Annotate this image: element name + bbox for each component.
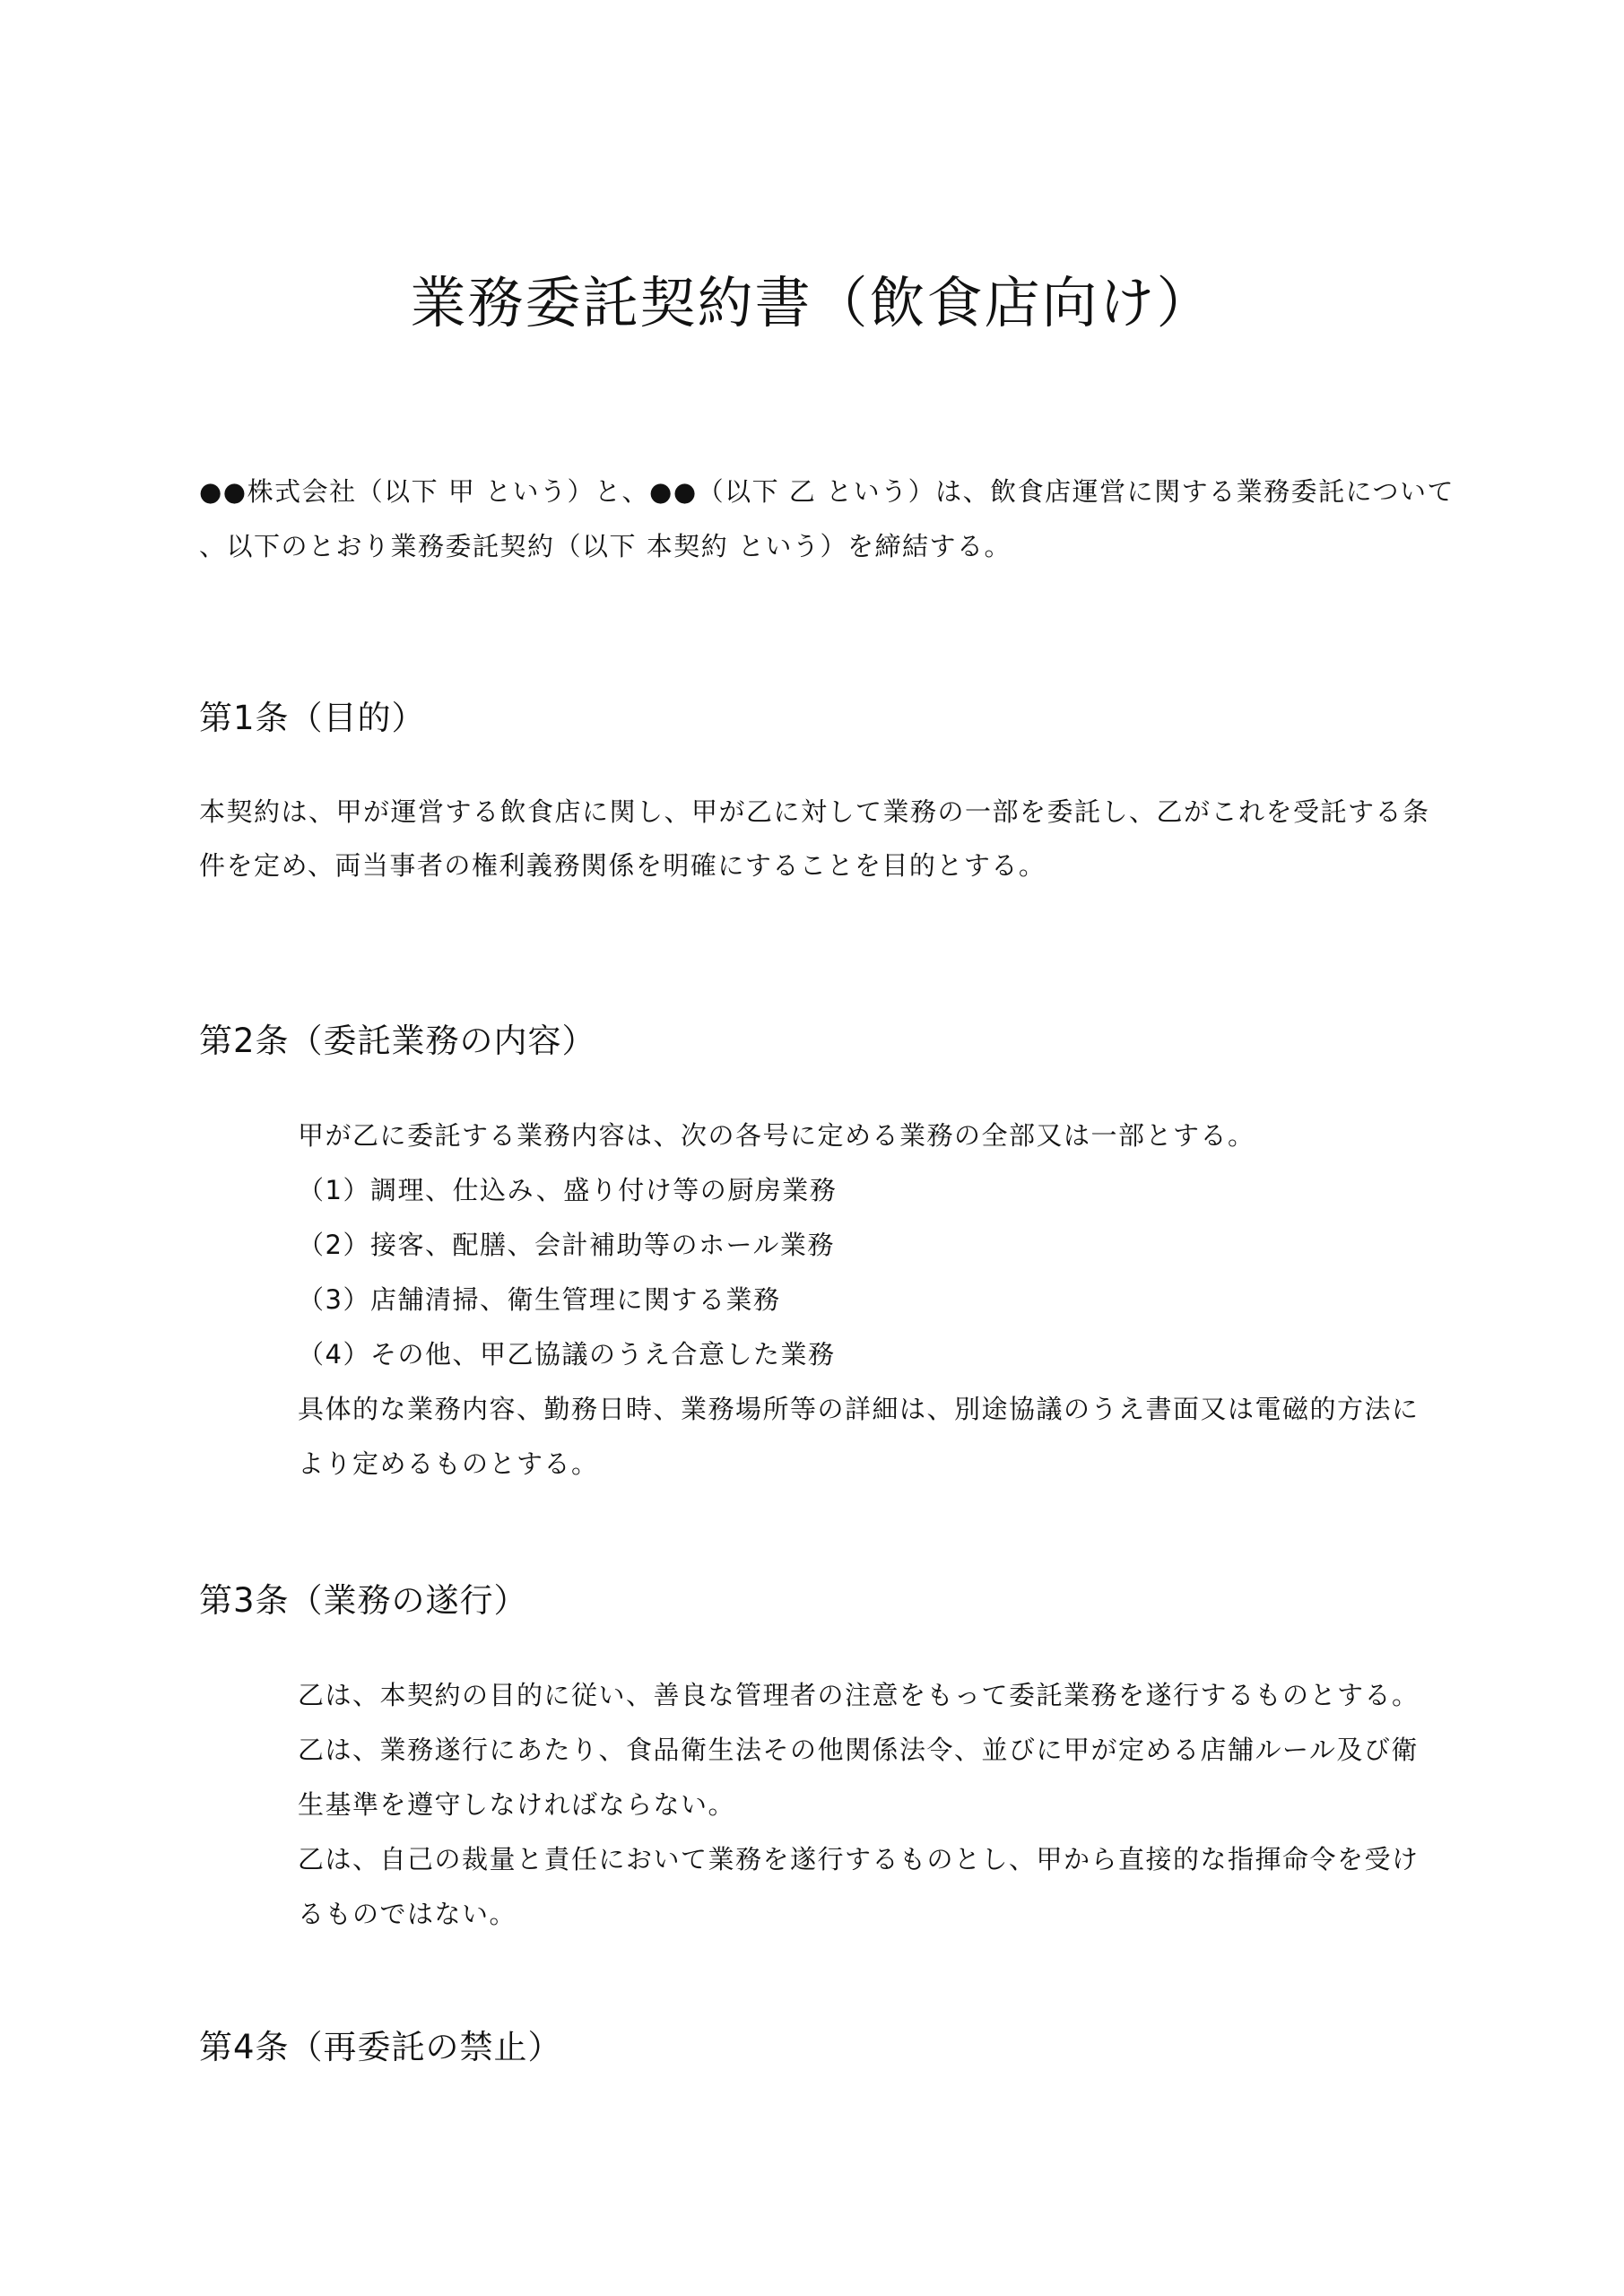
article-1-line-1: 本契約は、甲が運営する飲食店に関し、甲が乙に対して業務の一部を委託し、乙がこれを… <box>199 794 1430 830</box>
preamble-line-1: ●●株式会社（以下 甲 という）と、●●（以下 乙 という）は、飲食店運営に関す… <box>199 474 1455 509</box>
article-3-heading: 第3条（業務の遂行） <box>199 1578 528 1623</box>
article-2-line-3: より定めるものとする。 <box>298 1446 599 1482</box>
article-3-line-3: 生基準を遵守しなければならない。 <box>298 1787 735 1822</box>
article-3-line-5: るものではない。 <box>298 1896 517 1932</box>
article-2-item-4: （4）その他、甲乙協議のうえ合意した業務 <box>298 1336 835 1372</box>
article-2-item-2: （2）接客、配膳、会計補助等のホール業務 <box>298 1227 835 1263</box>
document-page: 業務委託契約書（飲食店向け） ●●株式会社（以下 甲 という）と、●●（以下 乙… <box>0 0 1624 2296</box>
article-2-item-1: （1）調理、仕込み、盛り付け等の厨房業務 <box>298 1172 837 1208</box>
article-2-item-3: （3）店舗清掃、衛生管理に関する業務 <box>298 1282 780 1318</box>
article-3-line-4: 乙は、自己の裁量と責任において業務を遂行するものとし、甲から直接的な指揮命令を受… <box>298 1841 1420 1877</box>
article-3-line-2: 乙は、業務遂行にあたり、食品衛生法その他関係法令、並びに甲が定める店舗ルール及び… <box>298 1732 1419 1768</box>
article-1-line-2: 件を定め、両当事者の権利義務関係を明確にすることを目的とする。 <box>199 848 1046 883</box>
document-title: 業務委託契約書（飲食店向け） <box>0 267 1624 339</box>
article-3-line-1: 乙は、本契約の目的に従い、善良な管理者の注意をもって委託業務を遂行するものとする… <box>298 1677 1420 1713</box>
article-2-line-1: 甲が乙に委託する業務内容は、次の各号に定める業務の全部又は一部とする。 <box>298 1118 1255 1153</box>
article-1-heading: 第1条（目的） <box>199 696 426 741</box>
article-2-heading: 第2条（委託業務の内容） <box>199 1019 596 1064</box>
preamble-line-2: 、以下のとおり業務委託契約（以下 本契約 という）を締結する。 <box>199 528 1012 564</box>
article-2-line-2: 具体的な業務内容、勤務日時、業務場所等の詳細は、別途協議のうえ書面又は電磁的方法… <box>298 1391 1420 1427</box>
article-4-heading: 第4条（再委託の禁止） <box>199 2025 562 2070</box>
